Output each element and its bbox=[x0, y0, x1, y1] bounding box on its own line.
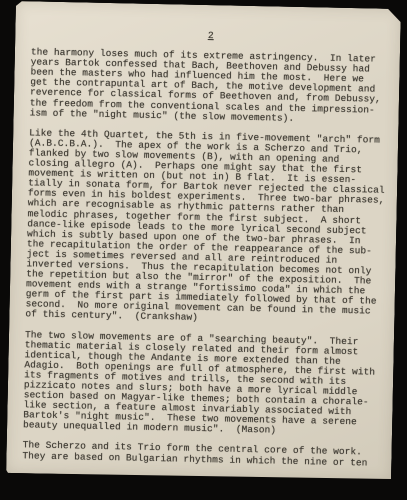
paragraph-harmony-influences: the harmony loses much of its extreme as… bbox=[30, 47, 390, 125]
paragraph-arch-form-first-movement: Like the 4th Quartet, the 5th is in five… bbox=[25, 128, 388, 327]
page-number: 2 bbox=[31, 27, 390, 45]
page-content: 2 the harmony loses much of its extreme … bbox=[22, 27, 390, 468]
document-page: 2 the harmony loses much of its extreme … bbox=[6, 1, 401, 481]
paragraph-scherzo-trio: The Scherzo and its Trio form the centra… bbox=[22, 441, 381, 469]
paragraph-slow-movements: The two slow movements are of a "searchi… bbox=[23, 330, 384, 438]
photo-background: 2 the harmony loses much of its extreme … bbox=[0, 0, 407, 500]
